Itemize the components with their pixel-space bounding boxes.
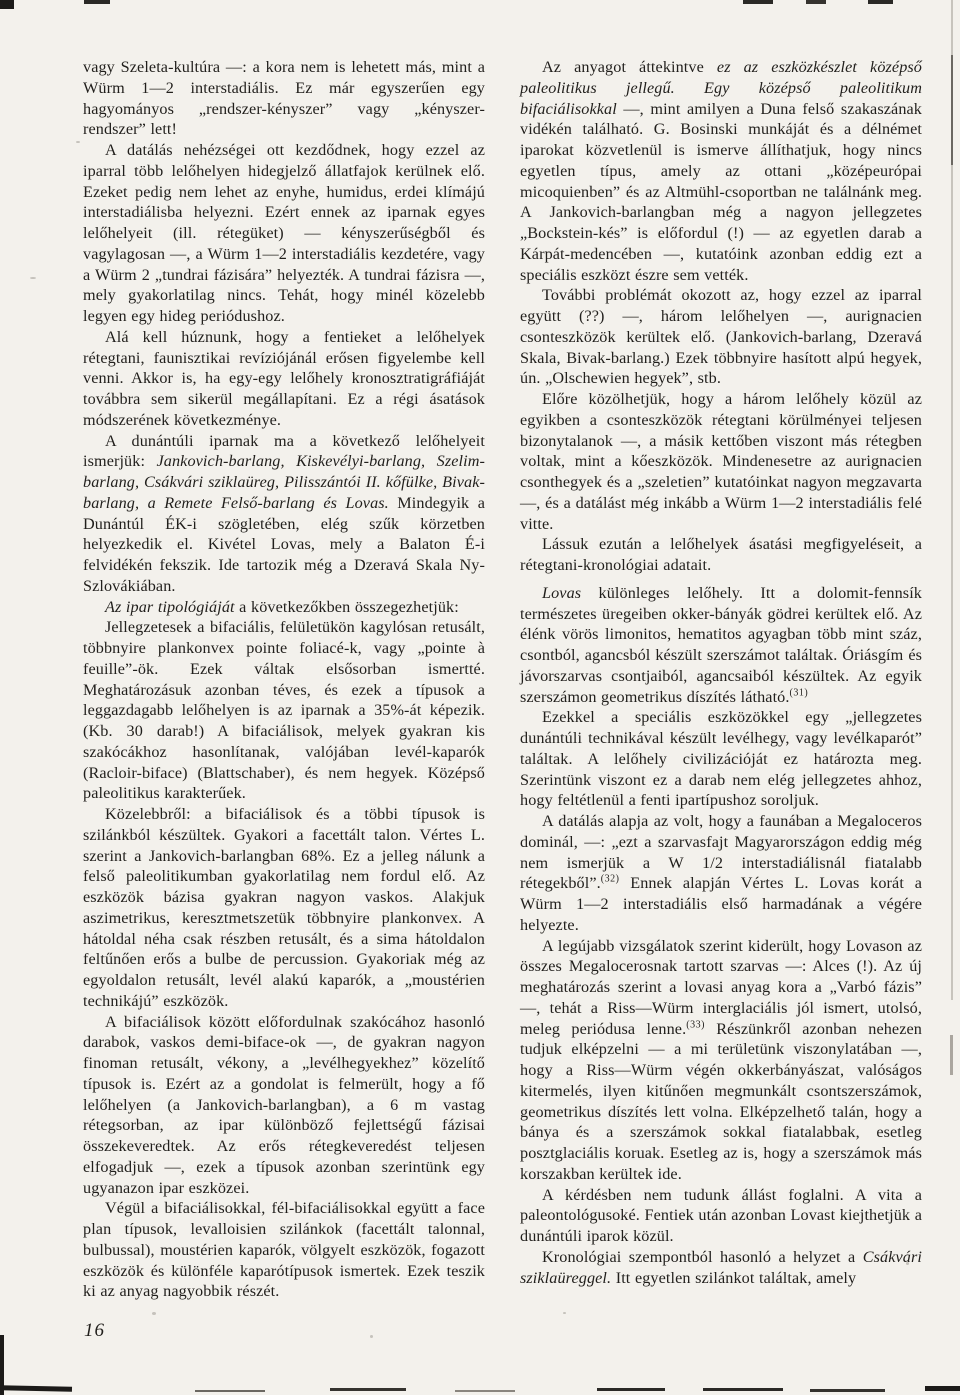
scan-artifact-right-edge-line [951, 55, 953, 165]
paragraph: A datálás nehézségei ott kezdődnek, hogy… [83, 140, 485, 327]
paragraph: A kérdésben nem tudunk állást foglalni. … [520, 1185, 922, 1247]
text-run: A kérdésben nem tudunk állást foglalni. … [520, 1186, 922, 1246]
text-run: A datálás nehézségei ott kezdődnek, hogy… [83, 141, 485, 325]
paragraph: Végül a bifaciálisokkal, fél-bifaciáliso… [83, 1198, 485, 1302]
scan-artifact-bottom-dash [455, 1390, 515, 1392]
scan-artifact-top-dash [743, 0, 773, 4]
scan-artifact-top-dash [806, 0, 826, 4]
scan-artifact-bottom-dash [195, 1390, 265, 1392]
text-run: Jellegzetesek a bifaciális, felületükön … [83, 618, 485, 802]
scan-artifact-left-edge-line [0, 1335, 4, 1395]
scan-speck [76, 141, 80, 143]
text-run: Közelebbről: a bifaciálisok és a többi t… [83, 805, 485, 1010]
scan-artifact-top-dash [868, 0, 893, 4]
scan-artifact-top-dash [84, 0, 110, 4]
scan-artifact-bottom-dash [597, 1388, 665, 1391]
paragraph: További problémát okozott az, hogy ezzel… [520, 285, 922, 389]
scan-speck [30, 277, 36, 279]
paragraph: Ezekkel a speciális eszközökkel egy „jel… [520, 707, 922, 811]
text-run: Végül a bifaciálisokkal, fél-bifaciáliso… [83, 1199, 485, 1300]
paragraph: A bifaciálisok között előfordulnak szakó… [83, 1012, 485, 1199]
text-run: Alá kell húznunk, hogy a fentieket a lel… [83, 328, 485, 429]
paragraph: Előre közölhetjük, hogy a három lelőhely… [520, 389, 922, 534]
scan-speck [370, 1335, 373, 1338]
left-column: vagy Szeleta-kultúra —: a kora nem is le… [83, 57, 485, 1302]
text-run: Az anyagot áttekintve [542, 58, 717, 76]
text-run: különleges lelőhely. Itt a dolomit-fenns… [520, 584, 922, 706]
text-run: Ezekkel a speciális eszközökkel egy „jel… [520, 708, 922, 809]
text-run: Előre közölhetjük, hogy a három lelőhely… [520, 390, 922, 533]
footnote-ref: (33) [686, 1019, 705, 1030]
paragraph: Lovas különleges lelőhely. Itt a dolomit… [520, 583, 922, 708]
scan-artifact-bottom-dash [330, 1388, 406, 1391]
paragraph: A dunántúli iparnak ma a következő lelőh… [83, 431, 485, 597]
scanned-document-page: vagy Szeleta-kultúra —: a kora nem is le… [0, 0, 960, 1395]
text-run: Kronológiai szempontból hasonló a helyze… [542, 1248, 863, 1266]
paragraph: Alá kell húznunk, hogy a fentieket a lel… [83, 327, 485, 431]
text-run: Részünkről azonban nehezen tudjuk elképz… [520, 1020, 922, 1183]
footnote-ref: (32) [601, 874, 620, 885]
paragraph: Jellegzetesek a bifaciális, felületükön … [83, 617, 485, 804]
text-run: Lássuk ezután a lelőhelyek ásatási megfi… [520, 535, 922, 574]
scan-artifact-bottom-dash [0, 1385, 72, 1392]
page-content: vagy Szeleta-kultúra —: a kora nem is le… [83, 57, 922, 1302]
scan-artifact-right-edge-tick [950, 1035, 953, 1075]
paragraph: Kronológiai szempontból hasonló a helyze… [520, 1247, 922, 1289]
paragraph: Az anyagot áttekintve ez az eszközkészle… [520, 57, 922, 285]
scan-speck [152, 1312, 156, 1315]
footnote-ref: (31) [790, 687, 809, 698]
text-run: vagy Szeleta-kultúra —: a kora nem is le… [83, 58, 485, 138]
scan-speck [563, 1312, 566, 1314]
scan-artifact-right-edge-line [951, 0, 953, 1000]
paragraph: A datálás alapja az volt, hogy a faunába… [520, 811, 922, 936]
text-run: —, mint amilyen a Duna felső szakaszának… [520, 100, 922, 284]
text-run: Lovas [542, 584, 581, 602]
scan-artifact-top-corner [0, 0, 14, 9]
paragraph: Az ipar tipológiáját a következőkben öss… [83, 597, 485, 618]
paragraph: Lássuk ezután a lelőhelyek ásatási megfi… [520, 534, 922, 576]
text-run: Az ipar tipológiáját [105, 598, 235, 616]
right-column: Az anyagot áttekintve ez az eszközkészle… [520, 57, 922, 1302]
paragraph: A legújabb vizsgálatok szerint kiderült,… [520, 936, 922, 1185]
paragraph: vagy Szeleta-kultúra —: a kora nem is le… [83, 57, 485, 140]
scan-artifact-bottom-dash [925, 1386, 960, 1391]
text-run: A bifaciálisok között előfordulnak szakó… [83, 1013, 485, 1197]
page-number: 16 [84, 1320, 105, 1342]
scan-artifact-bottom-dash [810, 1389, 885, 1392]
paragraph: Közelebbről: a bifaciálisok és a többi t… [83, 804, 485, 1012]
text-run: További problémát okozott az, hogy ezzel… [520, 286, 922, 387]
text-run: a következőkben összegezhetjük: [235, 598, 459, 616]
text-run: Itt egyetlen szilánkot találtak, amely [611, 1269, 856, 1287]
scan-artifact-bottom-dash [703, 1388, 783, 1391]
